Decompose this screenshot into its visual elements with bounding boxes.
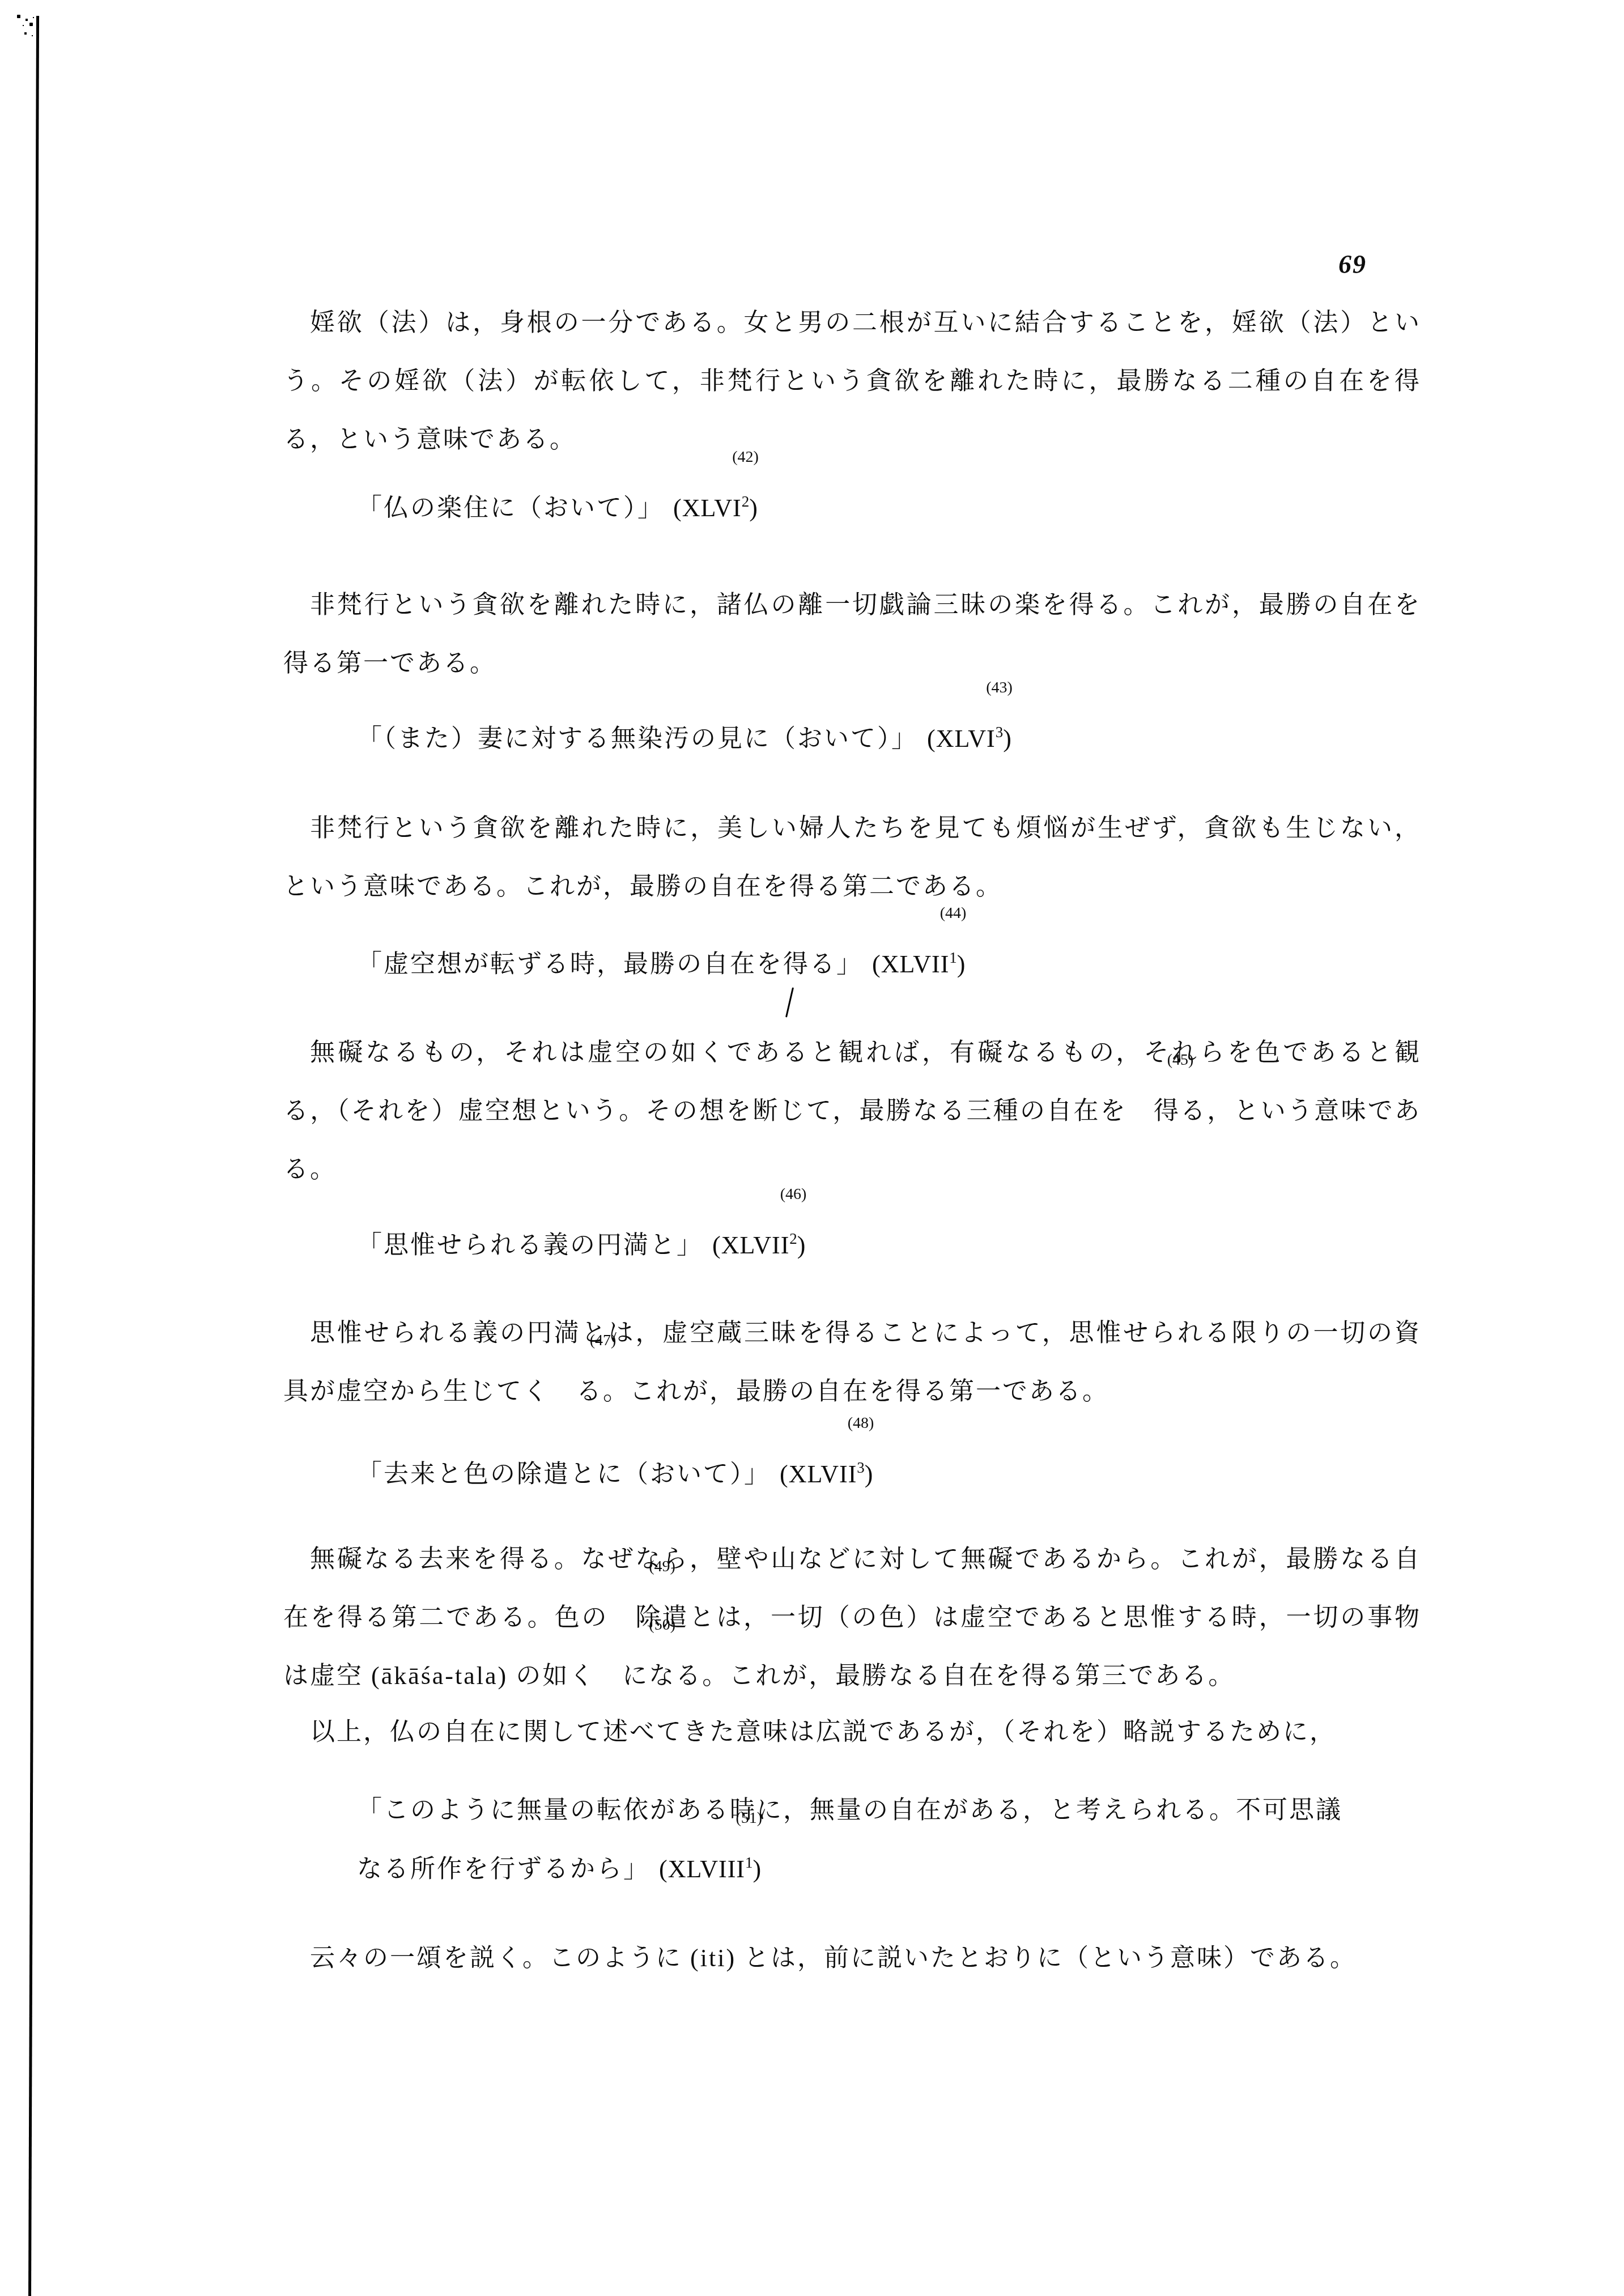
citation-1-sup-wrap: (42)2	[742, 479, 750, 541]
quote-6-line-2-text: なる所作を行ずるから」	[357, 1855, 650, 1883]
quote-3-text: 「虚空想が転ずる時，最勝の自在を得る」	[357, 950, 863, 978]
citation-2-prefix: (XLVI	[927, 725, 996, 752]
citation-3-superscript: 1	[949, 949, 957, 966]
footnote-marker-44: (44)	[940, 905, 967, 921]
quote-1-text: 「仏の楽住に（おいて）」	[357, 494, 664, 522]
citation-1-superscript: 2	[742, 493, 750, 510]
paragraph-2: 非梵行という貪欲を離れた時に，諸仏の離一切戯論三昧の楽を得る。これが，最勝の自在…	[283, 576, 1421, 692]
footnote-marker-50: (50)	[622, 1617, 675, 1633]
citation-1-prefix: (XLVI	[673, 494, 742, 522]
paragraph-5-anchor-text: る。	[576, 1377, 630, 1405]
citation-5-close: )	[865, 1460, 874, 1488]
quote-2-citation: (XLVI(43)3)	[927, 725, 1012, 752]
footnote-marker-48: (48)	[848, 1415, 874, 1431]
footnote-anchor-45: (45)得る	[1127, 1082, 1207, 1140]
paragraph-6-text-3: 。これが，最勝なる自在を得る第三である。	[702, 1662, 1235, 1690]
verse-quote-1: 「仏の楽住に（おいて）」(XLVI(42)2)	[357, 479, 758, 541]
footnote-marker-51: (51)	[736, 1810, 762, 1826]
quote-1-citation: (XLVI(42)2)	[673, 494, 758, 522]
verse-quote-2: 「（また）妻に対する無染汚の見に（おいて）」(XLVI(43)3)	[357, 709, 1012, 771]
paragraph-3-text: 非梵行という貪欲を離れた時に，美しい婦人たちを見ても煩悩が生ぜず，貪欲も生じない…	[283, 814, 1421, 900]
citation-6-superscript: 1	[745, 1854, 753, 1871]
scan-noise	[17, 15, 20, 18]
footnote-marker-46: (46)	[780, 1187, 807, 1202]
paragraph-1-text: 婬欲（法）は，身根の一分である。女と男の二根が互いに結合することを，婬欲（法）と…	[283, 309, 1421, 453]
citation-6-close: )	[753, 1855, 762, 1883]
paragraph-6-anchor-text-2: になる	[622, 1662, 702, 1690]
citation-4-prefix: (XLVII	[712, 1231, 789, 1259]
citation-6-sup-wrap: (51)1	[745, 1840, 753, 1902]
paragraph-8: 云々の一頌を説く。このように (iti) とは，前に説いたとおりに（という意味）…	[283, 1929, 1421, 1987]
citation-5-prefix: (XLVII	[780, 1460, 857, 1488]
footnote-marker-47: (47)	[563, 1333, 617, 1349]
scanned-page: 69 婬欲（法）は，身根の一分である。女と男の二根が互いに結合することを，婬欲（…	[0, 0, 1624, 2296]
paragraph-5-text-2: これが，最勝の自在を得る第一である。	[630, 1377, 1109, 1405]
footnote-marker-45: (45)	[1141, 1052, 1194, 1068]
citation-2-sup-wrap: (43)3	[996, 709, 1004, 771]
footnote-marker-43: (43)	[986, 680, 1013, 696]
quote-5-text: 「去来と色の除遣とに（おいて）」	[357, 1460, 771, 1488]
paragraph-4-anchor-text: 得る	[1154, 1097, 1207, 1125]
citation-2-superscript: 3	[996, 724, 1004, 741]
paragraph-1: 婬欲（法）は，身根の一分である。女と男の二根が互いに結合することを，婬欲（法）と…	[283, 294, 1421, 469]
paragraph-5: 思惟せられる義の円満とは，虚空蔵三昧を得ることによって，思惟せられる限りの一切の…	[283, 1304, 1421, 1421]
paragraph-3: 非梵行という貪欲を離れた時に，美しい婦人たちを見ても煩悩が生ぜず，貪欲も生じない…	[283, 799, 1421, 916]
footnote-marker-42: (42)	[732, 449, 759, 465]
citation-4-superscript: 2	[789, 1230, 797, 1247]
footnote-marker-49: (49)	[622, 1559, 675, 1575]
verse-quote-5: 「去来と色の除遣とに（おいて）」(XLVII(48)3)	[357, 1445, 874, 1507]
citation-4-sup-wrap: (46)2	[789, 1216, 797, 1278]
verse-quote-4: 「思惟せられる義の円満と」(XLVII(46)2)	[357, 1216, 806, 1278]
quote-6-line-2: なる所作を行ずるから」(XLVIII(51)1)	[357, 1840, 1342, 1902]
paragraph-2-text: 非梵行という貪欲を離れた時に，諸仏の離一切戯論三昧の楽を得る。これが，最勝の自在…	[283, 591, 1421, 677]
citation-4-close: )	[797, 1231, 806, 1259]
quote-6-line-1: 「このように無量の転依がある時に，無量の自在がある，と考えられる。不可思議	[357, 1781, 1342, 1840]
citation-1-close: )	[749, 494, 758, 522]
paragraph-7: 以上，仏の自在に関して述べてきた意味は広説であるが，（それを）略説するために，	[283, 1703, 1421, 1761]
paragraph-4: 無礙なるもの，それは虚空の如くであると観れば，有礙なるもの，それらを色であると観…	[283, 1023, 1421, 1198]
quote-2-text: 「（また）妻に対する無染汚の見に（おいて）」	[357, 725, 918, 752]
paragraph-7-text: 以上，仏の自在に関して述べてきた意味は広説であるが，（それを）略説するために，	[310, 1718, 1336, 1746]
verse-quote-3: 「虚空想が転ずる時，最勝の自在を得る」(XLVII(44)1)	[357, 935, 966, 997]
citation-3-sup-wrap: (44)1	[949, 935, 957, 997]
scan-edge-rule	[28, 16, 39, 2296]
citation-3-close: )	[957, 950, 966, 978]
verse-quote-6: 「このように無量の転依がある時に，無量の自在がある，と考えられる。不可思議 なる…	[357, 1781, 1342, 1902]
citation-6-prefix: (XLVIII	[659, 1855, 745, 1883]
citation-2-close: )	[1003, 725, 1012, 752]
citation-5-superscript: 3	[857, 1459, 865, 1476]
citation-5-sup-wrap: (48)3	[857, 1445, 865, 1507]
page-number: 69	[1338, 249, 1367, 279]
footnote-anchor-47: (47)る。	[550, 1362, 630, 1421]
quote-6-citation: (XLVIII(51)1)	[659, 1855, 762, 1883]
quote-4-text: 「思惟せられる義の円満と」	[357, 1231, 703, 1259]
paragraph-6: 無礙なる去来を得る。なぜなら，壁や山などに対して無礙であるから。これが，最勝なる…	[283, 1530, 1421, 1705]
quote-5-citation: (XLVII(48)3)	[780, 1460, 874, 1488]
quote-3-citation: (XLVII(44)1)	[872, 950, 966, 978]
footnote-anchor-50: (50)になる	[596, 1647, 702, 1705]
paragraph-8-text: 云々の一頌を説く。このように (iti) とは，前に説いたとおりに（という意味）…	[310, 1944, 1357, 1972]
quote-4-citation: (XLVII(46)2)	[712, 1231, 806, 1259]
citation-3-prefix: (XLVII	[872, 950, 949, 978]
